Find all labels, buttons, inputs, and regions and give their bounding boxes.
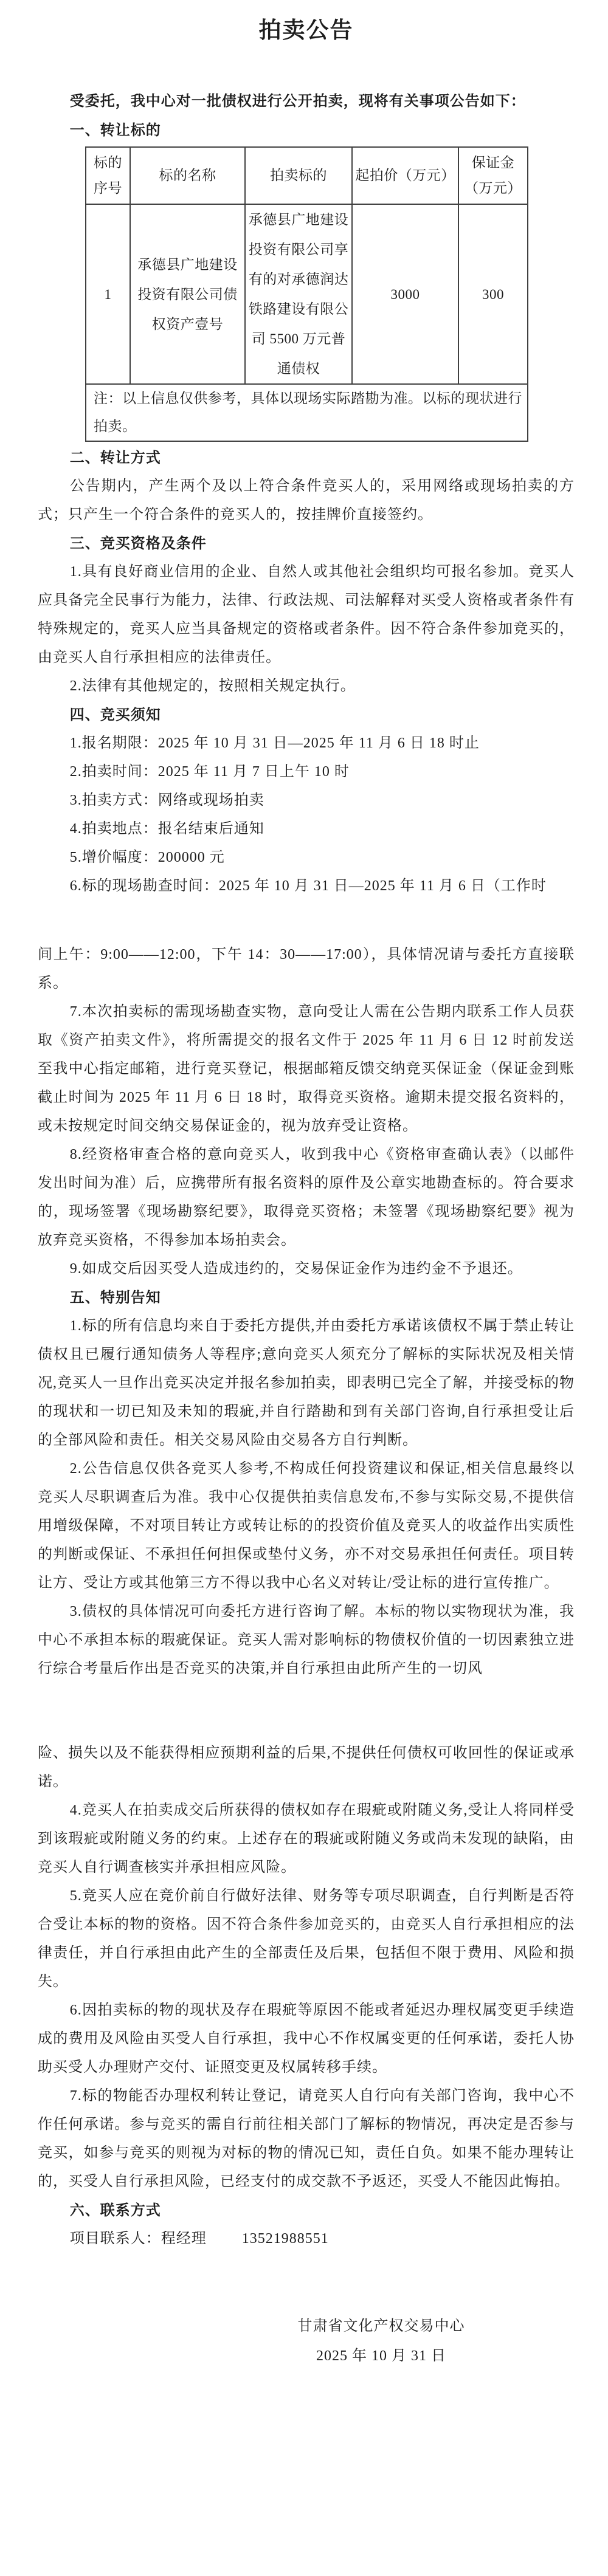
notice-item-6-part2: 间上午：9:00——12:00，下午 14：30——17:00），具体情况请与委… [38, 941, 575, 998]
contact-phone: 13521988551 [242, 2231, 329, 2247]
notice-item-5: 5.增价幅度：200000 元 [38, 843, 575, 872]
table-note-row: 注：以上信息仅供参考，具体以现场实际踏勘为准。以标的现状进行拍卖。 [86, 384, 528, 441]
signature-spacer [38, 2253, 575, 2312]
special-item-3-part2: 险、损失以及不能获得相应预期利益的后果,不提供任何债权可收回性的保证或承诺。 [38, 1739, 575, 1796]
special-item-6: 6.因拍卖标的物的现状及存在瑕疵等原因不能或者延迟办理权属变更手续造成的费用及风… [38, 1996, 575, 2082]
header-seq-line1: 标的 [89, 150, 127, 176]
header-name: 标的名称 [130, 147, 245, 204]
intro-paragraph: 受委托，我中心对一批债权进行公开拍卖，现将有关事项公告如下： [38, 88, 575, 116]
notice-item-4: 4.拍卖地点：报名结束后通知 [38, 815, 575, 843]
header-deposit-line2: （万元） [461, 176, 525, 201]
header-deposit: 保证金 （万元） [458, 147, 528, 204]
section-3-heading: 三、竞买资格及条件 [38, 529, 575, 558]
signature-block: 甘肃省文化产权交易中心 2025 年 10 月 31 日 [187, 2312, 576, 2371]
table-header-row: 标的 序号 标的名称 拍卖标的 起拍价（万元） 保证金 （万元） [86, 147, 528, 204]
section-6-heading: 六、联系方式 [38, 2196, 575, 2225]
contact-line: 项目联系人：程经理13521988551 [38, 2225, 575, 2253]
section-4-heading: 四、竞买须知 [38, 701, 575, 729]
section-5-heading: 五、特别告知 [38, 1283, 575, 1312]
header-target: 拍卖标的 [245, 147, 352, 204]
cell-name: 承德县广地建设投资有限公司债权资产壹号 [130, 204, 245, 384]
special-item-5: 5.竞买人应在竞价前自行做好法律、财务等专项尽职调查，自行判断是否符合受让本标的… [38, 1882, 575, 1996]
auction-announcement-document: 拍卖公告 受委托，我中心对一批债权进行公开拍卖，现将有关事项公告如下： 一、转让… [0, 0, 608, 2371]
header-seq-line2: 序号 [89, 176, 127, 201]
qualification-item-1: 1.具有良好商业信用的企业、自然人或其他社会组织均可报名参加。竞买人应具备完全民… [38, 558, 575, 672]
section-2-heading: 二、转让方式 [38, 444, 575, 472]
signature-org: 甘肃省文化产权交易中心 [187, 2312, 576, 2341]
page-break-spacer-1 [38, 901, 575, 941]
transfer-method-paragraph: 公告期内，产生两个及以上符合条件竞买人的，采用网络或现场拍卖的方式；只产生一个符… [38, 472, 575, 529]
notice-item-2: 2.拍卖时间：2025 年 11 月 7 日上午 10 时 [38, 758, 575, 786]
header-seq: 标的 序号 [86, 147, 130, 204]
section-1-heading: 一、转让标的 [38, 116, 575, 145]
special-item-2: 2.公告信息仅供各竞买人参考,不构成任何投资建议和保证,相关信息最终以竞买人尽职… [38, 1455, 575, 1598]
notice-item-9: 9.如成交后因买受人造成违约的，交易保证金作为违约金不予退还。 [38, 1255, 575, 1283]
table-row: 1 承德县广地建设投资有限公司债权资产壹号 承德县广地建设投资有限公司享有的对承… [86, 204, 528, 384]
notice-item-8: 8.经资格审查合格的意向竞买人，收到我中心《资格审查确认表》（以邮件发出时间为准… [38, 1141, 575, 1255]
notice-item-3: 3.拍卖方式：网络或现场拍卖 [38, 786, 575, 815]
cell-deposit: 300 [458, 204, 528, 384]
page-break-spacer-2 [38, 1683, 575, 1739]
notice-item-7: 7.本次拍卖标的需现场勘查实物，意向受让人需在公告期内联系工作人员获取《资产拍卖… [38, 998, 575, 1141]
transfer-targets-table: 标的 序号 标的名称 拍卖标的 起拍价（万元） 保证金 （万元） 1 承德县广地… [85, 146, 528, 442]
special-item-1: 1.标的所有信息均来自于委托方提供,并由委托方承诺该债权不属于禁止转让债权且已履… [38, 1312, 575, 1455]
page-title: 拍卖公告 [38, 17, 575, 45]
cell-seq: 1 [86, 204, 130, 384]
qualification-item-2: 2.法律有其他规定的，按照相关规定执行。 [38, 672, 575, 701]
cell-target: 承德县广地建设投资有限公司享有的对承德润达铁路建设有限公司 5500 万元普通债… [245, 204, 352, 384]
cell-start-price: 3000 [352, 204, 458, 384]
contact-label: 项目联系人：程经理 [70, 2231, 207, 2247]
header-start-price: 起拍价（万元） [352, 147, 458, 204]
special-item-7: 7.标的物能否办理权利转让登记，请竞买人自行向有关部门咨询，我中心不作任何承诺。… [38, 2082, 575, 2196]
header-deposit-line1: 保证金 [461, 150, 525, 176]
signature-date: 2025 年 10 月 31 日 [187, 2341, 576, 2371]
notice-item-1: 1.报名期限：2025 年 10 月 31 日—2025 年 11 月 6 日 … [38, 729, 575, 758]
table-note: 注：以上信息仅供参考，具体以现场实际踏勘为准。以标的现状进行拍卖。 [86, 384, 528, 441]
notice-item-6-part1: 6.标的现场勘查时间：2025 年 10 月 31 日—2025 年 11 月 … [38, 872, 575, 901]
special-item-3-part1: 3.债权的具体情况可向委托方进行咨询了解。本标的物以实物现状为准，我中心不承担本… [38, 1598, 575, 1683]
special-item-4: 4.竞买人在拍卖成交后所获得的债权如存在瑕疵或附随义务,受让人将同样受到该瑕疵或… [38, 1796, 575, 1882]
